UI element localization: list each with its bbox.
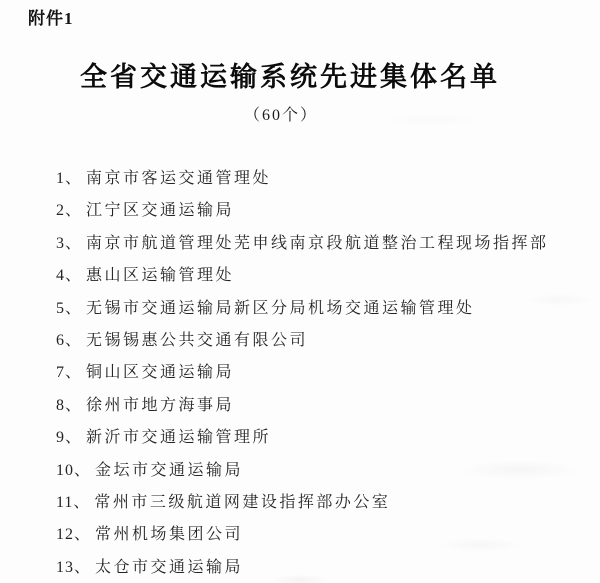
item-name: 常州机场集团公司 bbox=[95, 526, 243, 543]
item-name: 新沂市交通运输管理所 bbox=[86, 429, 271, 446]
item-name: 惠山区运输管理处 bbox=[86, 267, 234, 284]
list-item: 7、铜山区交通运输局 bbox=[56, 357, 590, 389]
item-name: 铜山区交通运输局 bbox=[86, 364, 234, 381]
list-item: 4、惠山区运输管理处 bbox=[56, 260, 590, 292]
item-name: 南京市航道管理处芜申线南京段航道整治工程现场指挥部 bbox=[86, 235, 549, 252]
item-number: 9、 bbox=[56, 429, 82, 446]
item-number: 3、 bbox=[56, 235, 82, 252]
list-item: 9、新沂市交通运输管理所 bbox=[56, 422, 590, 454]
list-item: 11、常州市三级航道网建设指挥部办公室 bbox=[56, 487, 590, 519]
item-name: 无锡市交通运输局新区分局机场交通运输管理处 bbox=[86, 300, 475, 317]
document-title: 全省交通运输系统先进集体名单 bbox=[0, 55, 580, 94]
list-item: 3、南京市航道管理处芜申线南京段航道整治工程现场指挥部 bbox=[56, 228, 590, 260]
item-number: 1、 bbox=[56, 170, 82, 187]
item-number: 12、 bbox=[56, 526, 91, 543]
list-item: 2、江宁区交通运输局 bbox=[56, 195, 590, 227]
item-name: 常州市三级航道网建设指挥部办公室 bbox=[94, 494, 390, 511]
attachment-label: 附件1 bbox=[28, 4, 74, 29]
award-list: 1、南京市客运交通管理处 2、江宁区交通运输局 3、南京市航道管理处芜申线南京段… bbox=[56, 163, 590, 583]
item-number: 2、 bbox=[56, 202, 82, 219]
item-name: 无锡锡惠公共交通有限公司 bbox=[86, 332, 308, 349]
list-item: 1、南京市客运交通管理处 bbox=[56, 163, 590, 195]
item-number: 4、 bbox=[56, 267, 82, 284]
document-page: 附件1 全省交通运输系统先进集体名单 （60个） 1、南京市客运交通管理处 2、… bbox=[0, 0, 600, 583]
item-name: 徐州市地方海事局 bbox=[86, 397, 234, 414]
list-item: 8、徐州市地方海事局 bbox=[56, 390, 590, 422]
list-item: 5、无锡市交通运输局新区分局机场交通运输管理处 bbox=[56, 293, 590, 325]
item-name: 太仓市交通运输局 bbox=[95, 559, 243, 576]
list-item: 13、太仓市交通运输局 bbox=[56, 552, 590, 583]
item-number: 10、 bbox=[56, 462, 91, 479]
item-name: 南京市客运交通管理处 bbox=[86, 170, 271, 187]
item-number: 11、 bbox=[56, 494, 90, 511]
item-name: 江宁区交通运输局 bbox=[86, 202, 234, 219]
document-subtitle: （60个） bbox=[0, 102, 562, 125]
item-number: 8、 bbox=[56, 397, 82, 414]
list-item: 6、无锡锡惠公共交通有限公司 bbox=[56, 325, 590, 357]
item-number: 7、 bbox=[56, 364, 82, 381]
item-number: 13、 bbox=[56, 559, 91, 576]
item-number: 5、 bbox=[56, 300, 82, 317]
list-item: 10、金坛市交通运输局 bbox=[56, 455, 590, 487]
item-number: 6、 bbox=[56, 332, 82, 349]
list-item: 12、常州机场集团公司 bbox=[56, 519, 590, 551]
item-name: 金坛市交通运输局 bbox=[95, 462, 243, 479]
